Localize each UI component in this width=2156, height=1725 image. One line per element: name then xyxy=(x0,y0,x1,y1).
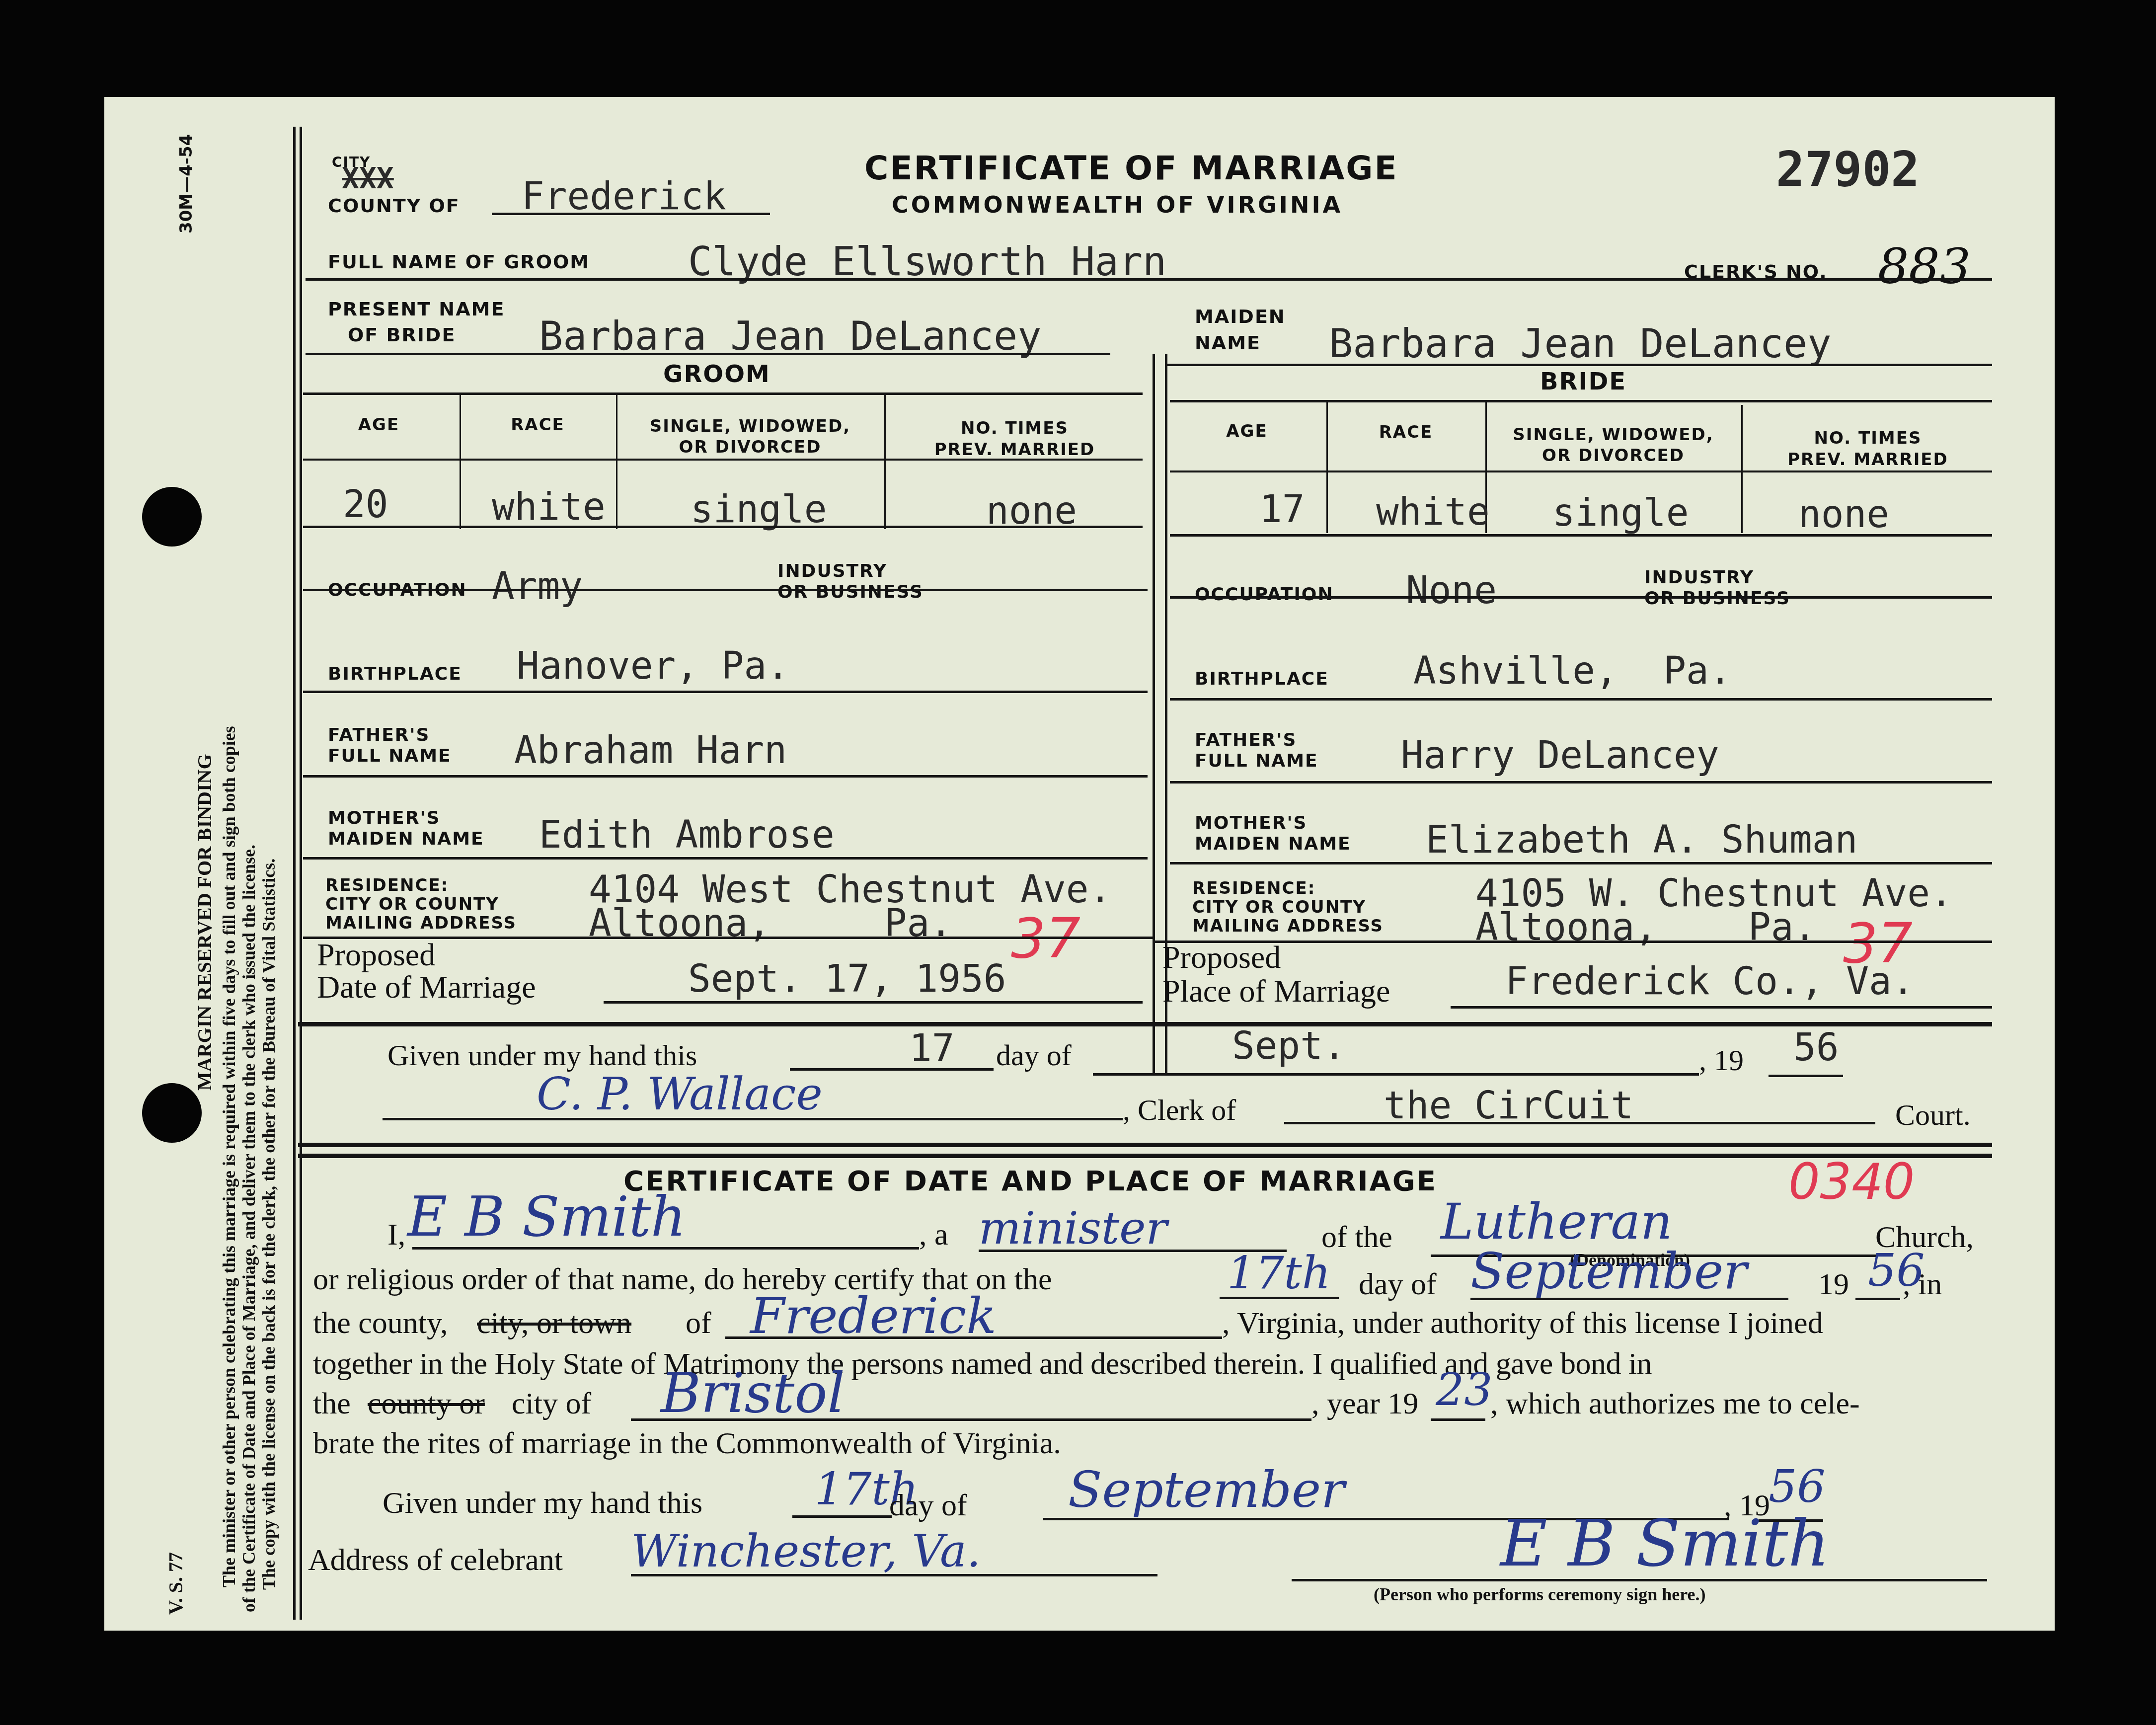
groom-name-label: FULL NAME OF GROOM xyxy=(328,251,590,273)
proposed-date-label-2: Date of Marriage xyxy=(317,969,536,1006)
cert-line3-of: of xyxy=(686,1306,711,1341)
bride-occupation-value: None xyxy=(1406,570,1497,610)
groom-col-divider-3 xyxy=(884,395,886,529)
bride-name-underline-left xyxy=(306,353,1110,355)
bride-occupation-label: OCCUPATION xyxy=(1195,585,1334,605)
clerk-given-label: Given under my hand this xyxy=(387,1038,697,1073)
cert-year-prefix: 19 xyxy=(1818,1267,1849,1302)
groom-father-label-1: FATHER'S xyxy=(328,725,430,745)
groom-header-underline xyxy=(303,459,1143,461)
center-divider-1 xyxy=(1153,354,1155,1073)
groom-residence-label-3: MAILING ADDRESS xyxy=(325,913,517,933)
cert-line6: brate the rites of marriage in the Commo… xyxy=(313,1426,1061,1461)
groom-mother-underline xyxy=(303,857,1148,860)
cert-given-month[interactable]: September xyxy=(1068,1461,1345,1519)
clerk-day-of-label: day of xyxy=(996,1038,1072,1073)
margin-instruction-3: The copy with the license on the back is… xyxy=(258,859,279,1590)
groom-mother-label-2: MAIDEN NAME xyxy=(328,829,484,849)
city-value: XXX xyxy=(342,161,394,195)
bride-occupation-underline xyxy=(1170,596,1992,599)
bride-name-underline-right xyxy=(1167,364,1992,366)
bride-father-label-1: FATHER'S xyxy=(1195,730,1297,750)
groom-industry-label-1: INDUSTRY xyxy=(777,561,887,581)
officiant-signature-underline xyxy=(1292,1579,1987,1581)
bride-section-title: BRIDE xyxy=(1540,368,1626,395)
proposed-date-label-1: Proposed xyxy=(317,937,435,973)
bride-residence-label-1: RESIDENCE: xyxy=(1192,878,1315,898)
groom-status-value: single xyxy=(691,489,827,529)
bride-mother-label-2: MAIDEN NAME xyxy=(1195,834,1351,854)
clerk-given-year: 56 xyxy=(1793,1027,1839,1067)
cert-line5-struck: county or xyxy=(368,1386,485,1421)
groom-father-underline xyxy=(303,775,1148,778)
groom-times-header-2: PREV. MARRIED xyxy=(887,440,1143,460)
bride-maiden-value: Barbara Jean DeLancey xyxy=(1329,320,1831,367)
bond-city-underline xyxy=(631,1418,1311,1421)
bride-values-underline xyxy=(1170,534,1992,537)
proposed-place-underline xyxy=(1451,1006,1992,1009)
clerk-month-underline xyxy=(1093,1073,1699,1076)
left-border-line-1 xyxy=(293,127,296,1620)
clerk-given-day: 17 xyxy=(909,1028,955,1068)
groom-mother-value: Edith Ambrose xyxy=(539,815,835,855)
court-underline xyxy=(1284,1122,1875,1124)
county-label: COUNTY OF xyxy=(328,195,460,217)
groom-section-title: GROOM xyxy=(663,360,770,388)
groom-status-header-1: SINGLE, WIDOWED, xyxy=(618,416,882,436)
cert-given-label: Given under my hand this xyxy=(383,1486,702,1521)
bride-race-value: white xyxy=(1376,492,1490,532)
cert-line2-after: , in xyxy=(1903,1267,1942,1302)
margin-instruction-1: The minister or other person celebrating… xyxy=(219,726,239,1587)
bride-maiden-label-2: NAME xyxy=(1195,332,1261,354)
clerk-signature[interactable]: C. P. Wallace xyxy=(537,1068,823,1120)
groom-age-value: 20 xyxy=(343,484,388,524)
clerks-no-value: 883 xyxy=(1878,238,1971,295)
cert-line3-after: , Virginia, under authority of this lice… xyxy=(1222,1306,1823,1341)
cert-month-value[interactable]: September xyxy=(1470,1242,1747,1300)
cert-i-label: I, xyxy=(387,1217,405,1253)
officiant-signature[interactable]: E B Smith xyxy=(1500,1505,1830,1581)
groom-times-value: none xyxy=(986,491,1077,531)
left-border-line-2 xyxy=(300,127,302,1620)
clerk-year-underline xyxy=(1769,1075,1843,1077)
bride-mother-underline xyxy=(1170,862,1992,864)
officiant-title[interactable]: minister xyxy=(979,1202,1167,1255)
officiant-name-underline xyxy=(412,1247,919,1250)
certificate-subtitle: COMMONWEALTH OF VIRGINIA xyxy=(892,191,1343,218)
groom-race-value: white xyxy=(492,487,606,527)
bride-father-label-2: FULL NAME xyxy=(1195,751,1318,771)
section-divider-1 xyxy=(298,1022,1992,1026)
bride-section-underline xyxy=(1170,400,1992,402)
groom-occupation-underline xyxy=(303,589,1148,591)
groom-mother-label-1: MOTHER'S xyxy=(328,808,440,828)
groom-name-underline xyxy=(306,278,1992,281)
bride-mother-label-1: MOTHER'S xyxy=(1195,813,1307,833)
groom-father-label-2: FULL NAME xyxy=(328,746,452,766)
certificate-red-number: 0340 xyxy=(1788,1153,1915,1211)
certificate-title: CERTIFICATE OF MARRIAGE xyxy=(864,149,1398,187)
certificate-number: 27902 xyxy=(1776,142,1920,197)
groom-birthplace-value: Hanover, Pa. xyxy=(517,646,789,686)
bond-year-value[interactable]: 23 xyxy=(1436,1364,1493,1416)
officiant-name[interactable]: E B Smith xyxy=(407,1185,686,1249)
clerk-of-label: , Clerk of xyxy=(1123,1093,1236,1127)
print-code: 30M—4-54 xyxy=(176,134,196,234)
clerk-year-prefix: , 19 xyxy=(1699,1043,1744,1078)
binding-hole-top xyxy=(142,487,202,547)
margin-heading: MARGIN RESERVED FOR BINDING xyxy=(193,754,216,1091)
bride-birthplace-label: BIRTHPLACE xyxy=(1195,669,1329,689)
bride-status-value: single xyxy=(1552,493,1689,533)
court-value: the CirCuit xyxy=(1384,1086,1633,1125)
bride-residence-label-2: CITY OR COUNTY xyxy=(1192,897,1366,917)
proposed-place-label-1: Proposed xyxy=(1162,939,1281,976)
cert-year-underline xyxy=(1855,1298,1900,1300)
bride-birthplace-value: Ashville, Pa. xyxy=(1413,651,1732,691)
groom-col-divider-1 xyxy=(460,395,461,529)
cert-line3-text: the county, xyxy=(313,1306,448,1341)
signature-caption: (Person who performs ceremony sign here.… xyxy=(1374,1584,1706,1605)
bride-present-label-2: OF BRIDE xyxy=(348,324,456,346)
cert-line5-mid: city of xyxy=(512,1386,591,1421)
cert-a-label: , a xyxy=(919,1217,948,1253)
groom-section-underline xyxy=(303,392,1143,395)
clerk-given-month: Sept. xyxy=(1232,1026,1346,1066)
bride-present-label-1: PRESENT NAME xyxy=(328,298,505,320)
cert-given-day-of: day of xyxy=(889,1488,967,1523)
binding-hole-bottom xyxy=(142,1083,202,1143)
groom-birthplace-underline xyxy=(303,691,1148,693)
bride-age-value: 17 xyxy=(1259,489,1305,529)
groom-status-header-2: OR DIVORCED xyxy=(618,437,882,457)
bride-father-value: Harry DeLancey xyxy=(1401,735,1719,775)
proposed-place-value: Frederick Co., Va. xyxy=(1505,961,1915,1001)
form-code: V. S. 77 xyxy=(164,1552,187,1615)
celebrant-address-underline xyxy=(631,1574,1157,1576)
section-divider-2b xyxy=(298,1154,1992,1158)
proposed-date-value: Sept. 17, 1956 xyxy=(688,959,1006,999)
cert-day-value[interactable]: 17th xyxy=(1227,1247,1331,1299)
bride-father-underline xyxy=(1170,781,1992,784)
cert-year-label: , year 19 xyxy=(1311,1386,1418,1421)
county-value: Frederick xyxy=(522,174,726,218)
groom-race-header: RACE xyxy=(462,415,614,435)
county-underline xyxy=(492,213,770,215)
certificate-heading: CERTIFICATE OF DATE AND PLACE OF MARRIAG… xyxy=(623,1165,1437,1197)
proposed-place-label-2: Place of Marriage xyxy=(1162,973,1390,1010)
bond-city-value[interactable]: Bristol xyxy=(661,1361,845,1425)
groom-father-value: Abraham Harn xyxy=(514,730,787,770)
groom-industry-label-2: OR BUSINESS xyxy=(777,582,924,602)
cert-line5-text: the xyxy=(313,1386,351,1421)
groom-residence-label-2: CITY OR COUNTY xyxy=(325,894,499,914)
bride-times-header-2: PREV. MARRIED xyxy=(1744,450,1992,470)
margin-instruction-2: of the Certificate of Date and Place of … xyxy=(238,845,259,1612)
bride-industry-label-2: OR BUSINESS xyxy=(1644,589,1790,609)
cert-line3-struck: city, or town xyxy=(477,1306,631,1341)
bond-year-underline xyxy=(1431,1418,1485,1421)
bride-birthplace-underline xyxy=(1170,698,1992,701)
bride-header-underline xyxy=(1170,470,1992,472)
groom-occupation-value: Army xyxy=(492,566,583,606)
groom-residence-label-1: RESIDENCE: xyxy=(325,875,449,895)
cert-given-day-underline xyxy=(792,1515,892,1518)
clerk-signature-underline xyxy=(383,1118,1123,1120)
bride-times-header-1: NO. TIMES xyxy=(1744,428,1992,448)
court-label: Court. xyxy=(1895,1098,1971,1132)
bride-residence-label-3: MAILING ADDRESS xyxy=(1192,916,1384,936)
celebrant-address-value[interactable]: Winchester, Va. xyxy=(631,1525,981,1577)
cert-line5-after: , which authorizes me to cele- xyxy=(1490,1386,1860,1421)
groom-age-header: AGE xyxy=(303,415,455,435)
section-divider-2a xyxy=(298,1143,1992,1147)
bride-status-header-1: SINGLE, WIDOWED, xyxy=(1488,425,1739,445)
bride-maiden-label-1: MAIDEN xyxy=(1195,306,1286,327)
cert-county-underline xyxy=(725,1336,1222,1339)
cert-day-of-label: day of xyxy=(1359,1267,1437,1302)
cert-of-the-label: of the xyxy=(1321,1220,1392,1255)
bride-col-divider-3 xyxy=(1741,405,1743,533)
cert-month-underline xyxy=(1470,1298,1788,1300)
bride-status-header-2: OR DIVORCED xyxy=(1488,446,1739,466)
celebrant-address-label: Address of celebrant xyxy=(308,1543,563,1578)
bride-times-value: none xyxy=(1798,494,1889,534)
groom-birthplace-label: BIRTHPLACE xyxy=(328,664,462,684)
groom-col-divider-2 xyxy=(616,395,617,529)
cert-day-underline xyxy=(1220,1297,1339,1299)
proposed-date-underline xyxy=(604,1001,1143,1004)
groom-times-header-1: NO. TIMES xyxy=(887,418,1143,438)
groom-values-underline xyxy=(303,526,1143,528)
bride-age-header: AGE xyxy=(1170,421,1324,441)
bride-race-header: RACE xyxy=(1329,422,1483,442)
bride-industry-label-1: INDUSTRY xyxy=(1644,568,1754,588)
bride-mother-value: Elizabeth A. Shuman xyxy=(1426,820,1857,860)
bride-col-divider-1 xyxy=(1326,401,1328,533)
